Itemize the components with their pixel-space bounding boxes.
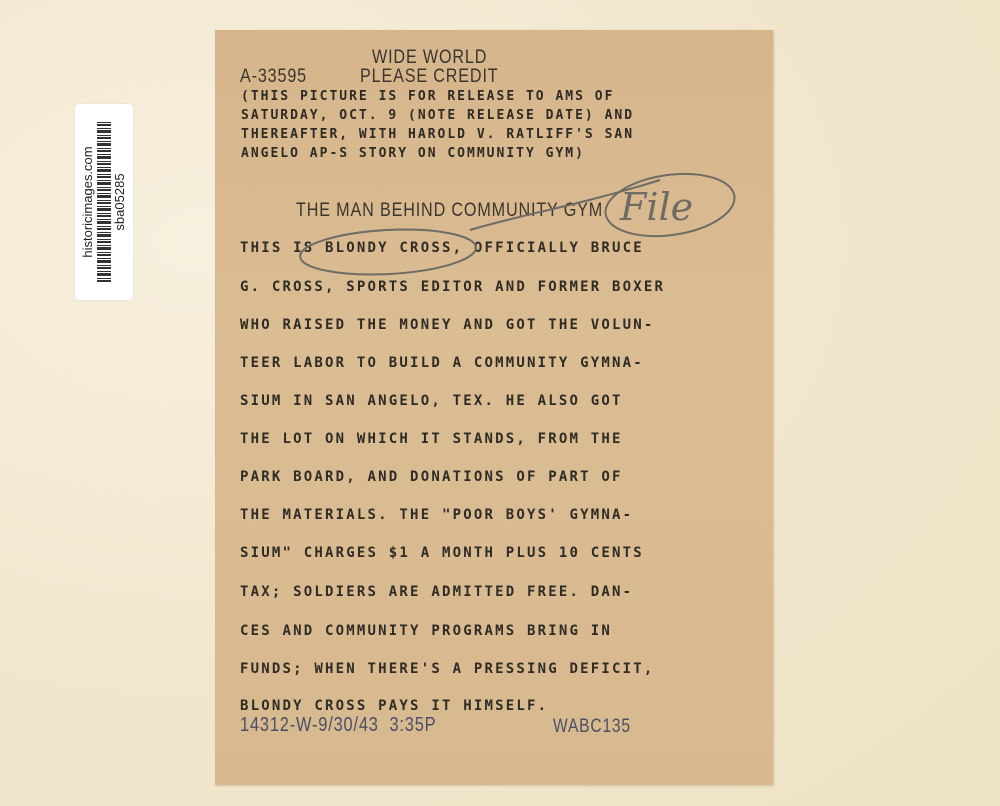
body-line: TEER LABOR TO BUILD A COMMUNITY GYMNA- — [240, 355, 644, 371]
headline: THE MAN BEHIND COMMUNITY GYM — [296, 200, 603, 222]
release-note-line: THEREAFTER, WITH HAROLD V. RATLIFF'S SAN — [241, 127, 634, 142]
release-note-line: SATURDAY, OCT. 9 (NOTE RELEASE DATE) AND — [241, 108, 634, 123]
release-note-line: (THIS PICTURE IS FOR RELEASE TO AMS OF — [241, 89, 614, 104]
body-line: THIS IS BLONDY CROSS, OFFICIALLY BRUCE — [240, 240, 644, 256]
archive-label-content: historicimages.com sba05285 — [79, 112, 129, 292]
release-note-line: ANGELO AP-S STORY ON COMMUNITY GYM) — [241, 146, 585, 161]
archive-label: historicimages.com sba05285 — [75, 104, 133, 300]
credit-line: PLEASE CREDIT — [360, 66, 498, 88]
body-line: SIUM" CHARGES $1 A MONTH PLUS 10 CENTS — [240, 545, 644, 561]
archive-id-text: sba05285 — [113, 173, 127, 230]
station-code: WABC135 — [553, 716, 631, 738]
body-line: FUNDS; WHEN THERE'S A PRESSING DEFICIT, — [240, 661, 655, 677]
archive-site-text: historicimages.com — [81, 146, 95, 257]
body-line: WHO RAISED THE MONEY AND GOT THE VOLUN- — [240, 317, 655, 333]
photo-number: A-33595 — [240, 66, 307, 88]
body-line: THE MATERIALS. THE "POOR BOYS' GYMNA- — [240, 507, 633, 523]
body-line: TAX; SOLDIERS ARE ADMITTED FREE. DAN- — [240, 584, 633, 600]
barcode — [97, 122, 111, 282]
body-line: BLONDY CROSS PAYS IT HIMSELF. — [240, 698, 548, 714]
body-line: G. CROSS, SPORTS EDITOR AND FORMER BOXER — [240, 279, 665, 295]
body-line: CES AND COMMUNITY PROGRAMS BRING IN — [240, 623, 612, 639]
body-line: SIUM IN SAN ANGELO, TEX. HE ALSO GOT — [240, 393, 623, 409]
news-clipping: WIDE WORLD A-33595 PLEASE CREDIT (THIS P… — [215, 30, 773, 785]
body-line: PARK BOARD, AND DONATIONS OF PART OF — [240, 469, 623, 485]
body-line: THE LOT ON WHICH IT STANDS, FROM THE — [240, 431, 623, 447]
transmission-code: 14312-W-9/30/43 3:35P — [240, 714, 436, 737]
